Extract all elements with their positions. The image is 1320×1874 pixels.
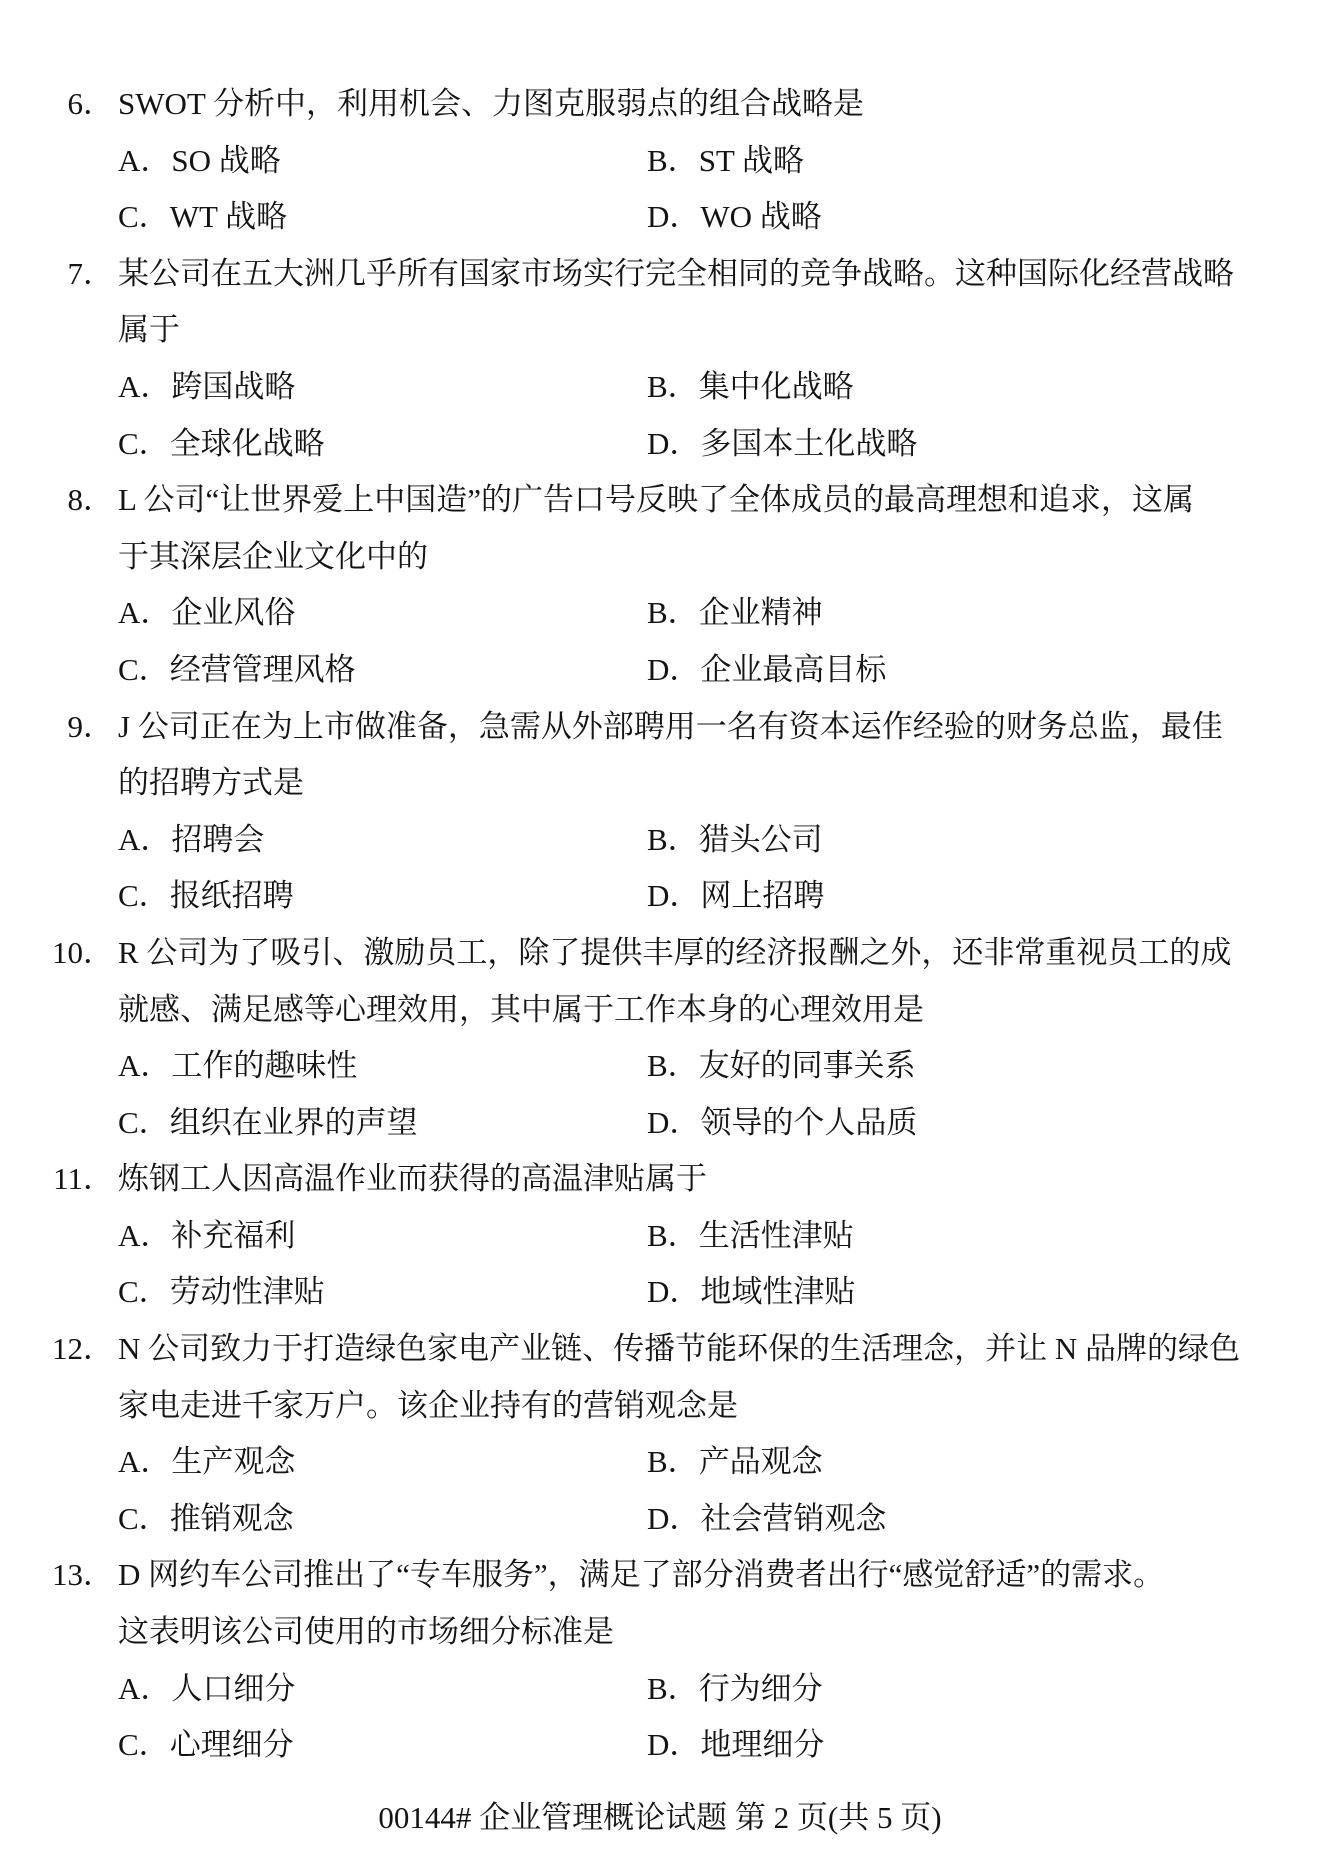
option-c: C．报纸招聘 [118, 878, 294, 913]
option-label: D． [647, 199, 700, 234]
option-label: D． [647, 878, 700, 913]
option-b: B．产品观念 [647, 1434, 823, 1491]
question-13: 13．D 网约车公司推出了“专车服务”，满足了部分消费者出行“感觉舒适”的需求。… [0, 1547, 1320, 1773]
option-text: ST 战略 [699, 143, 804, 178]
stem-text: N 公司致力于打造绿色家电产业链、传播节能环保的生活理念，并让 N 品牌的绿色 [118, 1331, 1240, 1366]
option-label: A． [118, 1444, 171, 1479]
option-label: C． [118, 426, 170, 461]
option-text: 网上招聘 [700, 878, 824, 913]
option-b: B．集中化战略 [647, 359, 854, 416]
option-label: C． [118, 652, 170, 687]
option-label: C． [118, 1501, 170, 1536]
option-label: C． [118, 1727, 170, 1762]
option-c: C．全球化战略 [118, 426, 325, 461]
option-text: 企业风俗 [171, 595, 295, 630]
option-label: B． [647, 595, 699, 630]
question-stem: 7．某公司在五大洲几乎所有国家市场实行完全相同的竞争战略。这种国际化经营战略 [0, 246, 1320, 303]
option-d: D．WO 战略 [647, 189, 822, 246]
option-label: D． [647, 1727, 700, 1762]
option-text: 企业最高目标 [700, 652, 886, 687]
option-text: 企业精神 [699, 595, 823, 630]
option-text: 招聘会 [171, 822, 264, 857]
question-stem-continued: 的招聘方式是 [0, 755, 1320, 812]
option-text: 报纸招聘 [170, 878, 294, 913]
stem-text: 就感、满足感等心理效用，其中属于工作本身的心理效用是 [118, 992, 924, 1027]
option-b: B．生活性津贴 [647, 1208, 854, 1265]
option-text: 产品观念 [699, 1444, 823, 1479]
stem-text: SWOT 分析中，利用机会、力图克服弱点的组合战略是 [118, 86, 864, 121]
stem-text: 这表明该公司使用的市场细分标准是 [118, 1614, 614, 1649]
options-row: A．生产观念 B．产品观念 [0, 1434, 1320, 1491]
option-a: A．工作的趣味性 [118, 1048, 357, 1083]
options-row: A．跨国战略 B．集中化战略 [0, 359, 1320, 416]
option-label: C． [118, 1105, 170, 1140]
question-number: 6． [28, 76, 114, 133]
option-a: A．企业风俗 [118, 595, 295, 630]
option-label: D． [647, 426, 700, 461]
option-text: WT 战略 [170, 199, 287, 234]
option-label: D． [647, 652, 700, 687]
question-stem: 13．D 网约车公司推出了“专车服务”，满足了部分消费者出行“感觉舒适”的需求。 [0, 1547, 1320, 1604]
question-8: 8．L 公司“让世界爱上中国造”的广告口号反映了全体成员的最高理想和追求，这属 … [0, 472, 1320, 698]
stem-text: J 公司正在为上市做准备，急需从外部聘用一名有资本运作经验的财务总监，最佳 [118, 709, 1223, 744]
stem-text: R 公司为了吸引、激励员工，除了提供丰厚的经济报酬之外，还非常重视员工的成 [118, 935, 1231, 970]
option-text: 地理细分 [700, 1727, 824, 1762]
question-number: 10． [28, 925, 114, 982]
question-stem-continued: 这表明该公司使用的市场细分标准是 [0, 1604, 1320, 1661]
stem-text: 某公司在五大洲几乎所有国家市场实行完全相同的竞争战略。这种国际化经营战略 [118, 256, 1234, 291]
question-stem-continued: 于其深层企业文化中的 [0, 529, 1320, 586]
option-d: D．企业最高目标 [647, 642, 886, 699]
option-label: A． [118, 1048, 171, 1083]
option-a: A．SO 战略 [118, 143, 281, 178]
question-stem: 6．SWOT 分析中，利用机会、力图克服弱点的组合战略是 [0, 76, 1320, 133]
options-row: C．全球化战略 D．多国本土化战略 [0, 416, 1320, 473]
stem-text: 家电走进千家万户。该企业持有的营销观念是 [118, 1388, 738, 1423]
options-row: A．企业风俗 B．企业精神 [0, 585, 1320, 642]
option-text: 社会营销观念 [700, 1501, 886, 1536]
question-stem-continued: 属于 [0, 302, 1320, 359]
option-text: 经营管理风格 [170, 652, 356, 687]
question-number: 7． [28, 246, 114, 303]
question-number: 8． [28, 472, 114, 529]
option-text: SO 战略 [171, 143, 280, 178]
option-label: D． [647, 1105, 700, 1140]
option-label: D． [647, 1274, 700, 1309]
question-stem: 9．J 公司正在为上市做准备，急需从外部聘用一名有资本运作经验的财务总监，最佳 [0, 699, 1320, 756]
question-12: 12．N 公司致力于打造绿色家电产业链、传播节能环保的生活理念，并让 N 品牌的… [0, 1321, 1320, 1547]
option-label: A． [118, 369, 171, 404]
question-10: 10．R 公司为了吸引、激励员工，除了提供丰厚的经济报酬之外，还非常重视员工的成… [0, 925, 1320, 1151]
stem-text: 的招聘方式是 [118, 765, 304, 800]
question-9: 9．J 公司正在为上市做准备，急需从外部聘用一名有资本运作经验的财务总监，最佳 … [0, 699, 1320, 925]
option-label: A． [118, 143, 171, 178]
option-text: 领导的个人品质 [700, 1105, 917, 1140]
option-label: A． [118, 1671, 171, 1706]
option-d: D．地域性津贴 [647, 1264, 855, 1321]
option-label: B． [647, 822, 699, 857]
options-row: C．WT 战略 D．WO 战略 [0, 189, 1320, 246]
option-label: B． [647, 1444, 699, 1479]
page-footer: 00144# 企业管理概论试题 第 2 页(共 5 页) [0, 1790, 1320, 1847]
option-b: B．企业精神 [647, 585, 823, 642]
question-number: 13． [28, 1547, 114, 1604]
options-row: C．劳动性津贴 D．地域性津贴 [0, 1264, 1320, 1321]
option-text: 补充福利 [171, 1218, 295, 1253]
options-row: C．报纸招聘 D．网上招聘 [0, 868, 1320, 925]
option-a: A．补充福利 [118, 1218, 295, 1253]
option-c: C．心理细分 [118, 1727, 294, 1762]
option-label: C． [118, 1274, 170, 1309]
option-label: C． [118, 199, 170, 234]
option-text: 友好的同事关系 [699, 1048, 916, 1083]
option-label: A． [118, 1218, 171, 1253]
option-text: 生产观念 [171, 1444, 295, 1479]
option-d: D．网上招聘 [647, 868, 824, 925]
options-row: C．心理细分 D．地理细分 [0, 1717, 1320, 1774]
stem-text: D 网约车公司推出了“专车服务”，满足了部分消费者出行“感觉舒适”的需求。 [118, 1557, 1164, 1592]
options-row: C．组织在业界的声望 D．领导的个人品质 [0, 1095, 1320, 1152]
option-c: C．WT 战略 [118, 199, 287, 234]
option-text: 组织在业界的声望 [170, 1105, 418, 1140]
stem-text: 属于 [118, 312, 180, 347]
option-text: 劳动性津贴 [170, 1274, 325, 1309]
option-d: D．社会营销观念 [647, 1491, 886, 1548]
stem-text: L 公司“让世界爱上中国造”的广告口号反映了全体成员的最高理想和追求，这属 [118, 482, 1194, 517]
option-label: B． [647, 1048, 699, 1083]
option-text: 心理细分 [170, 1727, 294, 1762]
option-text: 多国本土化战略 [700, 426, 917, 461]
option-text: 工作的趣味性 [171, 1048, 357, 1083]
option-c: C．组织在业界的声望 [118, 1105, 418, 1140]
option-text: 地域性津贴 [700, 1274, 855, 1309]
options-row: C．经营管理风格 D．企业最高目标 [0, 642, 1320, 699]
option-text: 全球化战略 [170, 426, 325, 461]
option-text: 人口细分 [171, 1671, 295, 1706]
question-number: 12． [28, 1321, 114, 1378]
stem-text: 于其深层企业文化中的 [118, 539, 428, 574]
option-a: A．跨国战略 [118, 369, 295, 404]
question-stem-continued: 就感、满足感等心理效用，其中属于工作本身的心理效用是 [0, 982, 1320, 1039]
question-11: 11．炼钢工人因高温作业而获得的高温津贴属于 A．补充福利 B．生活性津贴 C．… [0, 1151, 1320, 1321]
question-stem: 12．N 公司致力于打造绿色家电产业链、传播节能环保的生活理念，并让 N 品牌的… [0, 1321, 1320, 1378]
option-text: WO 战略 [700, 199, 821, 234]
exam-page: 6．SWOT 分析中，利用机会、力图克服弱点的组合战略是 A．SO 战略 B．S… [0, 76, 1320, 1774]
option-label: A． [118, 595, 171, 630]
option-label: B． [647, 1218, 699, 1253]
option-text: 行为细分 [699, 1671, 823, 1706]
option-b: B．友好的同事关系 [647, 1038, 916, 1095]
question-stem-continued: 家电走进千家万户。该企业持有的营销观念是 [0, 1378, 1320, 1435]
option-a: A．生产观念 [118, 1444, 295, 1479]
options-row: A．招聘会 B．猎头公司 [0, 812, 1320, 869]
option-text: 集中化战略 [699, 369, 854, 404]
question-stem: 11．炼钢工人因高温作业而获得的高温津贴属于 [0, 1151, 1320, 1208]
options-row: A．SO 战略 B．ST 战略 [0, 133, 1320, 190]
option-b: B．行为细分 [647, 1661, 823, 1718]
question-stem: 8．L 公司“让世界爱上中国造”的广告口号反映了全体成员的最高理想和追求，这属 [0, 472, 1320, 529]
option-b: B．猎头公司 [647, 812, 823, 869]
option-c: C．经营管理风格 [118, 652, 356, 687]
option-c: C．劳动性津贴 [118, 1274, 325, 1309]
question-stem: 10．R 公司为了吸引、激励员工，除了提供丰厚的经济报酬之外，还非常重视员工的成 [0, 925, 1320, 982]
option-d: D．领导的个人品质 [647, 1095, 917, 1152]
options-row: A．补充福利 B．生活性津贴 [0, 1208, 1320, 1265]
option-d: D．多国本土化战略 [647, 416, 917, 473]
question-number: 11． [28, 1151, 114, 1208]
option-label: B． [647, 1671, 699, 1706]
option-text: 猎头公司 [699, 822, 823, 857]
options-row: A．工作的趣味性 B．友好的同事关系 [0, 1038, 1320, 1095]
options-row: C．推销观念 D．社会营销观念 [0, 1491, 1320, 1548]
stem-text: 炼钢工人因高温作业而获得的高温津贴属于 [118, 1161, 707, 1196]
option-d: D．地理细分 [647, 1717, 824, 1774]
question-6: 6．SWOT 分析中，利用机会、力图克服弱点的组合战略是 A．SO 战略 B．S… [0, 76, 1320, 246]
option-a: A．人口细分 [118, 1671, 295, 1706]
option-text: 推销观念 [170, 1501, 294, 1536]
option-text: 生活性津贴 [699, 1218, 854, 1253]
option-label: D． [647, 1501, 700, 1536]
option-label: A． [118, 822, 171, 857]
option-label: B． [647, 143, 699, 178]
question-7: 7．某公司在五大洲几乎所有国家市场实行完全相同的竞争战略。这种国际化经营战略 属… [0, 246, 1320, 472]
option-a: A．招聘会 [118, 822, 264, 857]
option-label: B． [647, 369, 699, 404]
option-text: 跨国战略 [171, 369, 295, 404]
option-label: C． [118, 878, 170, 913]
question-number: 9． [28, 699, 114, 756]
options-row: A．人口细分 B．行为细分 [0, 1661, 1320, 1718]
option-c: C．推销观念 [118, 1501, 294, 1536]
option-b: B．ST 战略 [647, 133, 804, 190]
